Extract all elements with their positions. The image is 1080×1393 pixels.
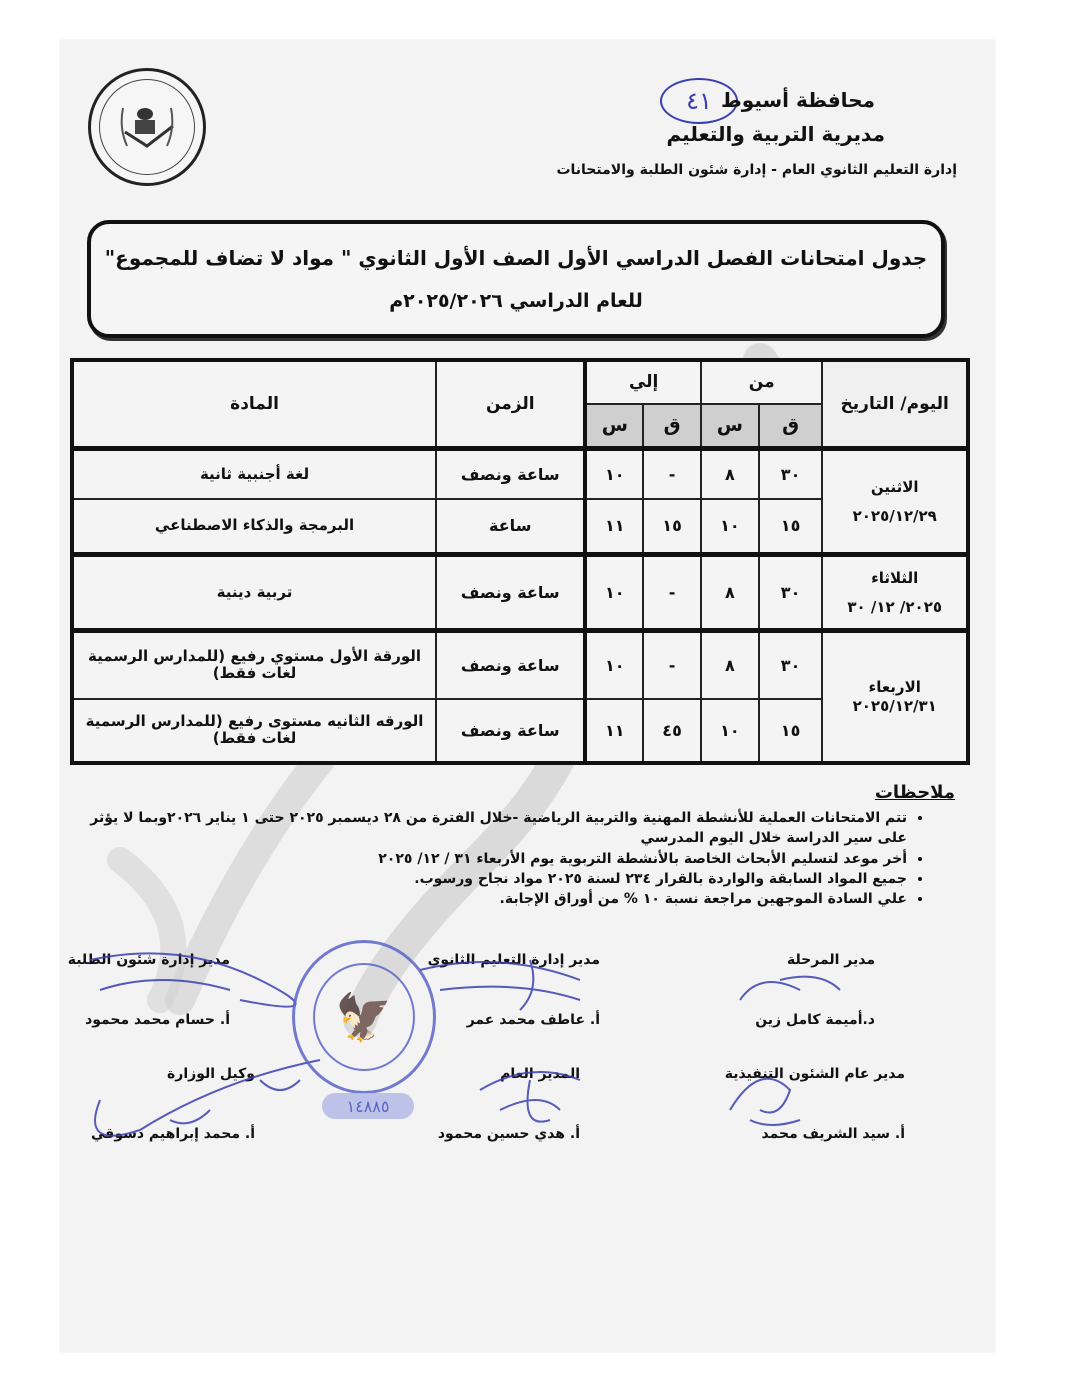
note-item: جميع المواد السابقة والواردة بالقرار ٢٣٤… [87,869,907,889]
from-hour: ١٠ [701,499,759,555]
from-hour: ٨ [701,631,759,699]
from-hour: ٨ [701,555,759,631]
book-lamp-icon [99,79,195,175]
to-hour: ١١ [585,499,643,555]
to-hour: ١٠ [585,449,643,499]
note-item: تتم الامتحانات العملية للأنشطة المهنية و… [87,808,907,849]
duration: ساعة ونصف [436,555,585,631]
header-from: من [701,360,822,404]
day-name: الثلاثاء [871,569,918,587]
title-box: جدول امتحانات الفصل الدراسي الأول الصف ا… [87,220,945,338]
to-hour: ١١ [585,699,643,763]
duration: ساعة ونصف [436,631,585,699]
header-day-date: اليوم/ التاريخ [822,360,968,449]
to-minute: - [643,555,701,631]
duration: ساعة ونصف [436,699,585,763]
to-hour: ١٠ [585,631,643,699]
subject: تربية دينية [72,555,436,631]
subject: الورقه الثانيه مستوى رفيع (للمدارس الرسم… [72,699,436,763]
stamp-serial-number: ١٤٨٨٥ [322,1093,414,1119]
directorate-name: مديرية التربية والتعليم [667,122,886,146]
academic-year: للعام الدراسي ٢٠٢٥/٢٠٢٦م [91,290,941,312]
header-from-minute: ق [759,404,823,449]
scanned-document-page: ٤١ محافظة أسيوط مديرية التربية والتعليم … [60,40,995,1352]
document-title: جدول امتحانات الفصل الدراسي الأول الصف ا… [91,246,941,270]
header-from-hour: س [701,404,759,449]
header-to-minute: ق [643,404,701,449]
from-minute: ١٥ [759,699,823,763]
to-minute: ٤٥ [643,699,701,763]
day-name: الاثنين [871,478,919,496]
header-duration: الزمن [436,360,585,449]
notes-list: تتم الامتحانات العملية للأنشطة المهنية و… [87,808,925,909]
note-item: أخر موعد لتسليم الأبحاث الخاصة بالأنشطة … [87,849,907,869]
governorate-name: محافظة أسيوط [721,88,875,112]
exam-date: ٢٠٢٥/١٢/٢٩ [853,507,937,525]
notes-title: ملاحظات [875,782,955,803]
from-minute: ١٥ [759,499,823,555]
subject: لغة أجنبية ثانية [72,449,436,499]
exam-schedule-table: اليوم/ التاريخ من إلي الزمن المادة ق س ق… [70,358,970,765]
official-stamp: 🦅 [292,940,436,1094]
day-date-cell: الاربعاء ٢٠٢٥/١٢/٣١ [822,631,968,763]
to-minute: - [643,631,701,699]
note-item: علي السادة الموجهين مراجعة نسبة ١٠ % من … [87,889,907,909]
from-hour: ٨ [701,449,759,499]
exam-date: ٢٠٢٥/١٢/٣١ [853,697,937,715]
header-to-hour: س [585,404,643,449]
to-minute: - [643,449,701,499]
directorate-logo [88,68,206,186]
subject: البرمجة والذكاء الاصطناعي [72,499,436,555]
day-date-cell: الاثنين ٢٠٢٥/١٢/٢٩ [822,449,968,555]
day-date-cell: الثلاثاء ٢٠٢٥/ ١٢/ ٣٠ [822,555,968,631]
table-row: الثلاثاء ٢٠٢٥/ ١٢/ ٣٠ ٣٠ ٨ - ١٠ ساعة ونص… [72,555,968,631]
day-name: الاربعاء [869,678,921,696]
from-minute: ٣٠ [759,555,823,631]
table-row: الاربعاء ٢٠٢٥/١٢/٣١ ٣٠ ٨ - ١٠ ساعة ونصف … [72,631,968,699]
duration: ساعة [436,499,585,555]
from-minute: ٣٠ [759,631,823,699]
header-to: إلي [585,360,701,404]
duration: ساعة ونصف [436,449,585,499]
table-row: الاثنين ٢٠٢٥/١٢/٢٩ ٣٠ ٨ - ١٠ ساعة ونصف ل… [72,449,968,499]
to-minute: ١٥ [643,499,701,555]
header-subject: المادة [72,360,436,449]
subject: الورقة الأول مستوي رفيع (للمدارس الرسمية… [72,631,436,699]
from-hour: ١٠ [701,699,759,763]
from-minute: ٣٠ [759,449,823,499]
table-header-row: اليوم/ التاريخ من إلي الزمن المادة [72,360,968,404]
to-hour: ١٠ [585,555,643,631]
handwritten-signatures [60,930,995,1150]
department-name: إدارة التعليم الثانوي العام - إدارة شئون… [556,162,957,178]
exam-date: ٢٠٢٥/ ١٢/ ٣٠ [847,598,942,616]
eagle-emblem-icon: 🦅 [313,963,415,1071]
